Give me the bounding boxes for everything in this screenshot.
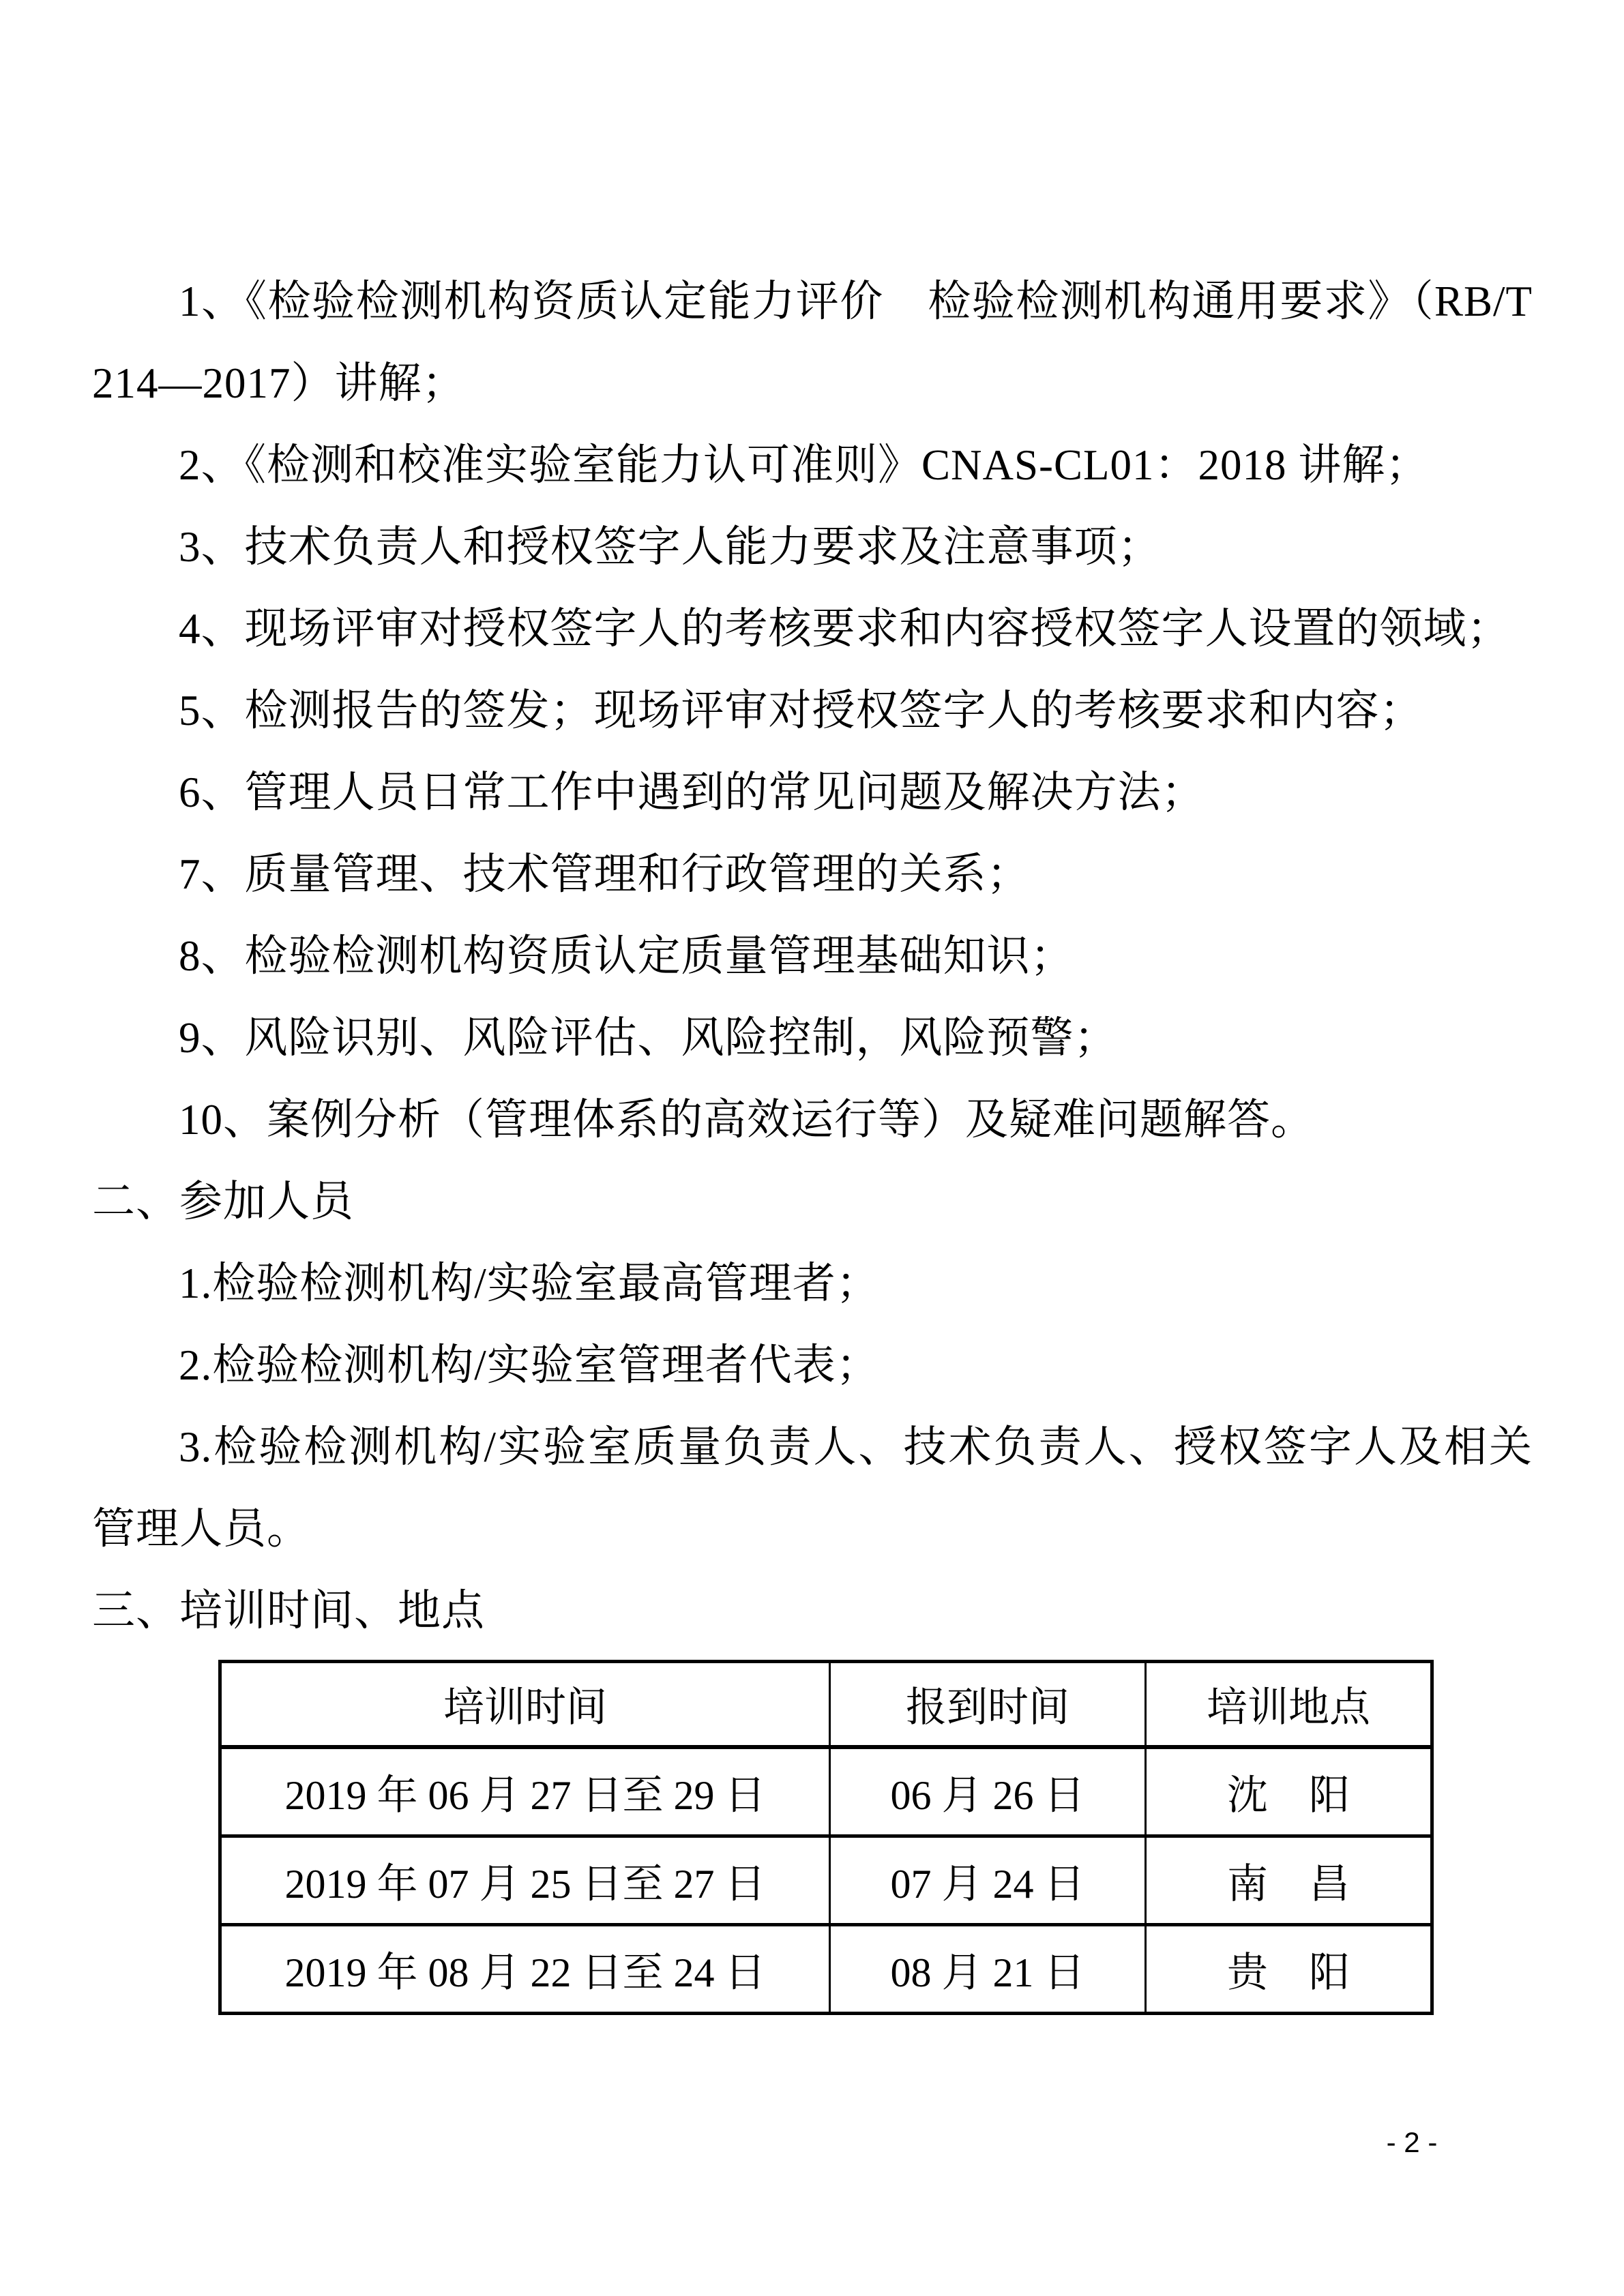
course-list-item-4: 4、现场评审对授权签字人的考核要求和内容授权签字人设置的领域； <box>92 588 1533 670</box>
section-3-heading: 三、培训时间、地点 <box>92 1570 1533 1652</box>
cell-registration-time: 08 月 21 日 <box>830 1925 1146 2014</box>
page-number: - 2 - <box>1330 2126 1494 2159</box>
course-list-item-5: 5、检测报告的签发；现场评审对授权签字人的考核要求和内容； <box>92 670 1533 751</box>
col-header-training-time: 培训时间 <box>220 1662 830 1748</box>
col-header-registration-time: 报到时间 <box>830 1662 1146 1748</box>
participant-item-1: 1.检验检测机构/实验室最高管理者； <box>92 1242 1533 1324</box>
participant-item-3: 3.检验检测机构/实验室质量负责人、技术负责人、授权签字人及相关管理人员。 <box>92 1406 1533 1570</box>
course-list-item-6: 6、管理人员日常工作中遇到的常见问题及解决方法； <box>92 751 1533 833</box>
document-body: 1、《检验检测机构资质认定能力评价 检验检测机构通用要求》（RB/T214—20… <box>92 260 1533 2015</box>
course-list-item-3: 3、技术负责人和授权签字人能力要求及注意事项； <box>92 506 1533 588</box>
table-row: 2019 年 07 月 25 日至 27 日 07 月 24 日 南 昌 <box>220 1836 1432 1925</box>
cell-training-location: 贵 阳 <box>1146 1925 1432 2014</box>
cell-registration-time: 07 月 24 日 <box>830 1836 1146 1925</box>
training-schedule-table: 培训时间 报到时间 培训地点 2019 年 06 月 27 日至 29 日 06… <box>218 1660 1434 2015</box>
course-list-item-7: 7、质量管理、技术管理和行政管理的关系； <box>92 833 1533 915</box>
cell-training-time: 2019 年 08 月 22 日至 24 日 <box>220 1925 830 2014</box>
col-header-training-location: 培训地点 <box>1146 1662 1432 1748</box>
table-row: 2019 年 06 月 27 日至 29 日 06 月 26 日 沈 阳 <box>220 1747 1432 1836</box>
cell-registration-time: 06 月 26 日 <box>830 1747 1146 1836</box>
document-page: 1、《检验检测机构资质认定能力评价 检验检测机构通用要求》（RB/T214—20… <box>0 0 1624 2296</box>
course-list-item-9: 9、风险识别、风险评估、风险控制，风险预警； <box>92 997 1533 1079</box>
cell-training-location: 沈 阳 <box>1146 1747 1432 1836</box>
course-list-item-8: 8、检验检测机构资质认定质量管理基础知识； <box>92 915 1533 997</box>
course-list-item-10: 10、案例分析（管理体系的高效运行等）及疑难问题解答。 <box>92 1079 1533 1161</box>
participant-item-2: 2.检验检测机构/实验室管理者代表； <box>92 1324 1533 1406</box>
course-list-item-1: 1、《检验检测机构资质认定能力评价 检验检测机构通用要求》（RB/T214—20… <box>92 260 1533 424</box>
table-row: 2019 年 08 月 22 日至 24 日 08 月 21 日 贵 阳 <box>220 1925 1432 2014</box>
section-2-heading: 二、参加人员 <box>92 1161 1533 1242</box>
course-list-item-2: 2、《检测和校准实验室能力认可准则》CNAS-CL01：2018 讲解； <box>92 424 1533 506</box>
cell-training-location: 南 昌 <box>1146 1836 1432 1925</box>
cell-training-time: 2019 年 07 月 25 日至 27 日 <box>220 1836 830 1925</box>
cell-training-time: 2019 年 06 月 27 日至 29 日 <box>220 1747 830 1836</box>
table-header-row: 培训时间 报到时间 培训地点 <box>220 1662 1432 1748</box>
